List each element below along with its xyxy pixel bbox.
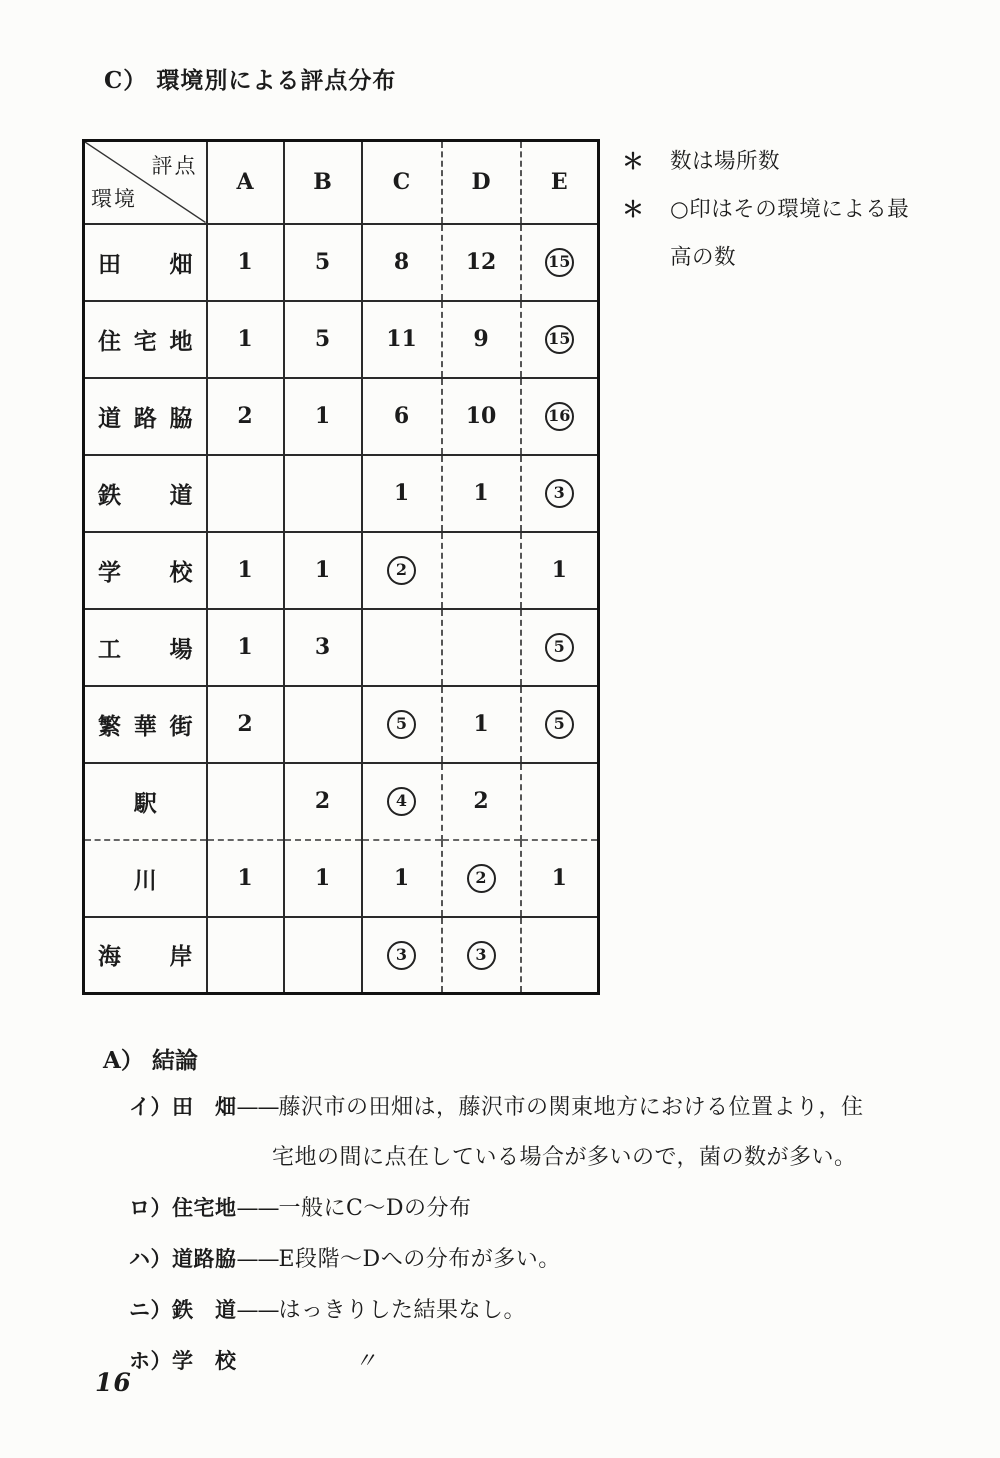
row-label: 繁華街: [84, 686, 207, 763]
table-row: 川11121: [84, 840, 599, 917]
table-cell: 16: [521, 378, 599, 455]
table-cell: 10: [442, 378, 521, 455]
note-text: ○印はその環境による最高の数: [670, 186, 920, 282]
item-marker: イ）: [129, 1095, 172, 1119]
item-text: 藤沢市の田畑は，藤沢市の関東地方における位置より，住宅地の間に点在している場合が…: [272, 1095, 864, 1170]
item-term: 学 校: [172, 1349, 237, 1373]
table-cell: [284, 686, 362, 763]
item-text: E段階～Dへの分布が多い。: [279, 1247, 561, 1272]
conclusion-list: イ）田 畑——藤沢市の田畑は，藤沢市の関東地方における位置より，住宅地の間に点在…: [129, 1082, 871, 1387]
table-cell: [521, 917, 599, 994]
table-cell: [207, 763, 284, 840]
table-cell: [284, 917, 362, 994]
column-header-A: A: [207, 141, 284, 224]
circled-count: 4: [387, 787, 416, 816]
item-text: はっきりした結果なし。: [279, 1298, 527, 1323]
table-cell: 1: [284, 532, 362, 609]
row-label: 工場: [84, 609, 207, 686]
column-header-D: D: [442, 141, 521, 224]
circled-count: 5: [545, 710, 574, 739]
circled-count: 16: [545, 402, 574, 431]
table-row: 住宅地1511915: [84, 301, 599, 378]
table-cell: [362, 609, 442, 686]
column-header-B: B: [284, 141, 362, 224]
table-row: 駅242: [84, 763, 599, 840]
table-row: 学校1121: [84, 532, 599, 609]
item-marker: ホ）: [129, 1349, 172, 1373]
table-cell: 5: [521, 609, 599, 686]
item-dash: ——: [237, 1095, 279, 1120]
notes: ＊数は場所数＊○印はその環境による最高の数: [622, 138, 920, 282]
table-cell: [442, 532, 521, 609]
corner-label-score: 評点: [152, 150, 198, 180]
page-title: C） 環境別による評点分布: [104, 62, 396, 95]
table-row: 海岸33: [84, 917, 599, 994]
page-number: 16: [95, 1368, 132, 1397]
row-label: 学校: [84, 532, 207, 609]
item-marker: ロ）: [129, 1196, 172, 1220]
row-label: 駅: [84, 763, 207, 840]
table-cell: 2: [207, 686, 284, 763]
circled-count: 5: [545, 633, 574, 662]
circled-count: 2: [387, 556, 416, 585]
table-cell: 1: [207, 532, 284, 609]
table-cell: 3: [442, 917, 521, 994]
row-label: 住宅地: [84, 301, 207, 378]
item-term: 道路脇: [172, 1247, 237, 1271]
note-text: 数は場所数: [670, 138, 920, 186]
column-header-C: C: [362, 141, 442, 224]
table-cell: 1: [521, 532, 599, 609]
table-cell: [207, 455, 284, 532]
table-cell: 4: [362, 763, 442, 840]
table-cell: [521, 763, 599, 840]
table-cell: 5: [284, 301, 362, 378]
row-label: 川: [84, 840, 207, 917]
table-cell: 1: [207, 224, 284, 301]
item-marker: ハ）: [129, 1247, 172, 1271]
table-cell: 8: [362, 224, 442, 301]
circled-count: 3: [387, 941, 416, 970]
table-cell: 1: [207, 301, 284, 378]
circled-count: 3: [467, 941, 496, 970]
column-header-E: E: [521, 141, 599, 224]
conclusion-item: ニ）鉄 道——はっきりした結果なし。: [129, 1285, 871, 1336]
table-cell: 2: [207, 378, 284, 455]
row-label: 海岸: [84, 917, 207, 994]
table-cell: 3: [521, 455, 599, 532]
circled-count: 3: [545, 479, 574, 508]
table-cell: 15: [521, 301, 599, 378]
circled-count: 15: [545, 248, 574, 277]
table-row: 繁華街2515: [84, 686, 599, 763]
table-cell: 2: [442, 840, 521, 917]
table-cell: 9: [442, 301, 521, 378]
conclusion-heading: A） 結論: [103, 1042, 198, 1075]
conclusion-item: ロ）住宅地——一般にC～Dの分布: [129, 1183, 871, 1234]
table-cell: [207, 917, 284, 994]
circled-count: 2: [467, 864, 496, 893]
score-distribution-table: 評点 環境 ABCDE 田畑1581215住宅地1511915道路脇216101…: [82, 139, 600, 995]
conclusion-item: ホ）学 校〃: [129, 1336, 871, 1387]
table-row: 田畑1581215: [84, 224, 599, 301]
table-row: 工場135: [84, 609, 599, 686]
item-term: 住宅地: [172, 1196, 237, 1220]
table-row: 道路脇2161016: [84, 378, 599, 455]
table-cell: [284, 455, 362, 532]
table-cell: 1: [207, 840, 284, 917]
table-cell: 1: [362, 455, 442, 532]
table-row: 鉄道113: [84, 455, 599, 532]
note-item: ＊○印はその環境による最高の数: [622, 186, 920, 282]
asterisk-marker: ＊: [622, 186, 670, 234]
table-cell: 3: [284, 609, 362, 686]
table-cell: 1: [284, 840, 362, 917]
conclusion-item: ハ）道路脇——E段階～Dへの分布が多い。: [129, 1234, 871, 1285]
row-label: 鉄道: [84, 455, 207, 532]
table-cell: 11: [362, 301, 442, 378]
table-cell: 5: [284, 224, 362, 301]
item-term: 鉄 道: [172, 1298, 237, 1322]
table-cell: 2: [362, 532, 442, 609]
item-marker: ニ）: [129, 1298, 172, 1322]
table-cell: 1: [521, 840, 599, 917]
note-item: ＊数は場所数: [622, 138, 920, 186]
row-label: 田畑: [84, 224, 207, 301]
table-cell: 3: [362, 917, 442, 994]
item-text: 一般にC～Dの分布: [279, 1196, 472, 1221]
table-cell: 2: [442, 763, 521, 840]
table-cell: 5: [521, 686, 599, 763]
conclusion-item: イ）田 畑——藤沢市の田畑は，藤沢市の関東地方における位置より，住宅地の間に点在…: [129, 1082, 871, 1183]
corner-label-environment: 環境: [91, 183, 137, 213]
table-cell: 1: [362, 840, 442, 917]
corner-cell: 評点 環境: [84, 141, 207, 224]
table-cell: 6: [362, 378, 442, 455]
item-term: 田 畑: [172, 1095, 237, 1119]
table-cell: 12: [442, 224, 521, 301]
table-cell: 1: [442, 686, 521, 763]
table-cell: 1: [442, 455, 521, 532]
item-dash: ——: [237, 1196, 279, 1221]
circled-count: 15: [545, 325, 574, 354]
row-label: 道路脇: [84, 378, 207, 455]
table-cell: 2: [284, 763, 362, 840]
asterisk-marker: ＊: [622, 138, 670, 186]
item-dash: ——: [237, 1298, 279, 1323]
circled-count: 5: [387, 710, 416, 739]
item-dash: ——: [237, 1247, 279, 1272]
table-cell: 5: [362, 686, 442, 763]
table-cell: [442, 609, 521, 686]
table-cell: 1: [284, 378, 362, 455]
item-text: 〃: [355, 1349, 378, 1374]
table-cell: 15: [521, 224, 599, 301]
table-cell: 1: [207, 609, 284, 686]
table-header-row: 評点 環境 ABCDE: [84, 141, 599, 224]
